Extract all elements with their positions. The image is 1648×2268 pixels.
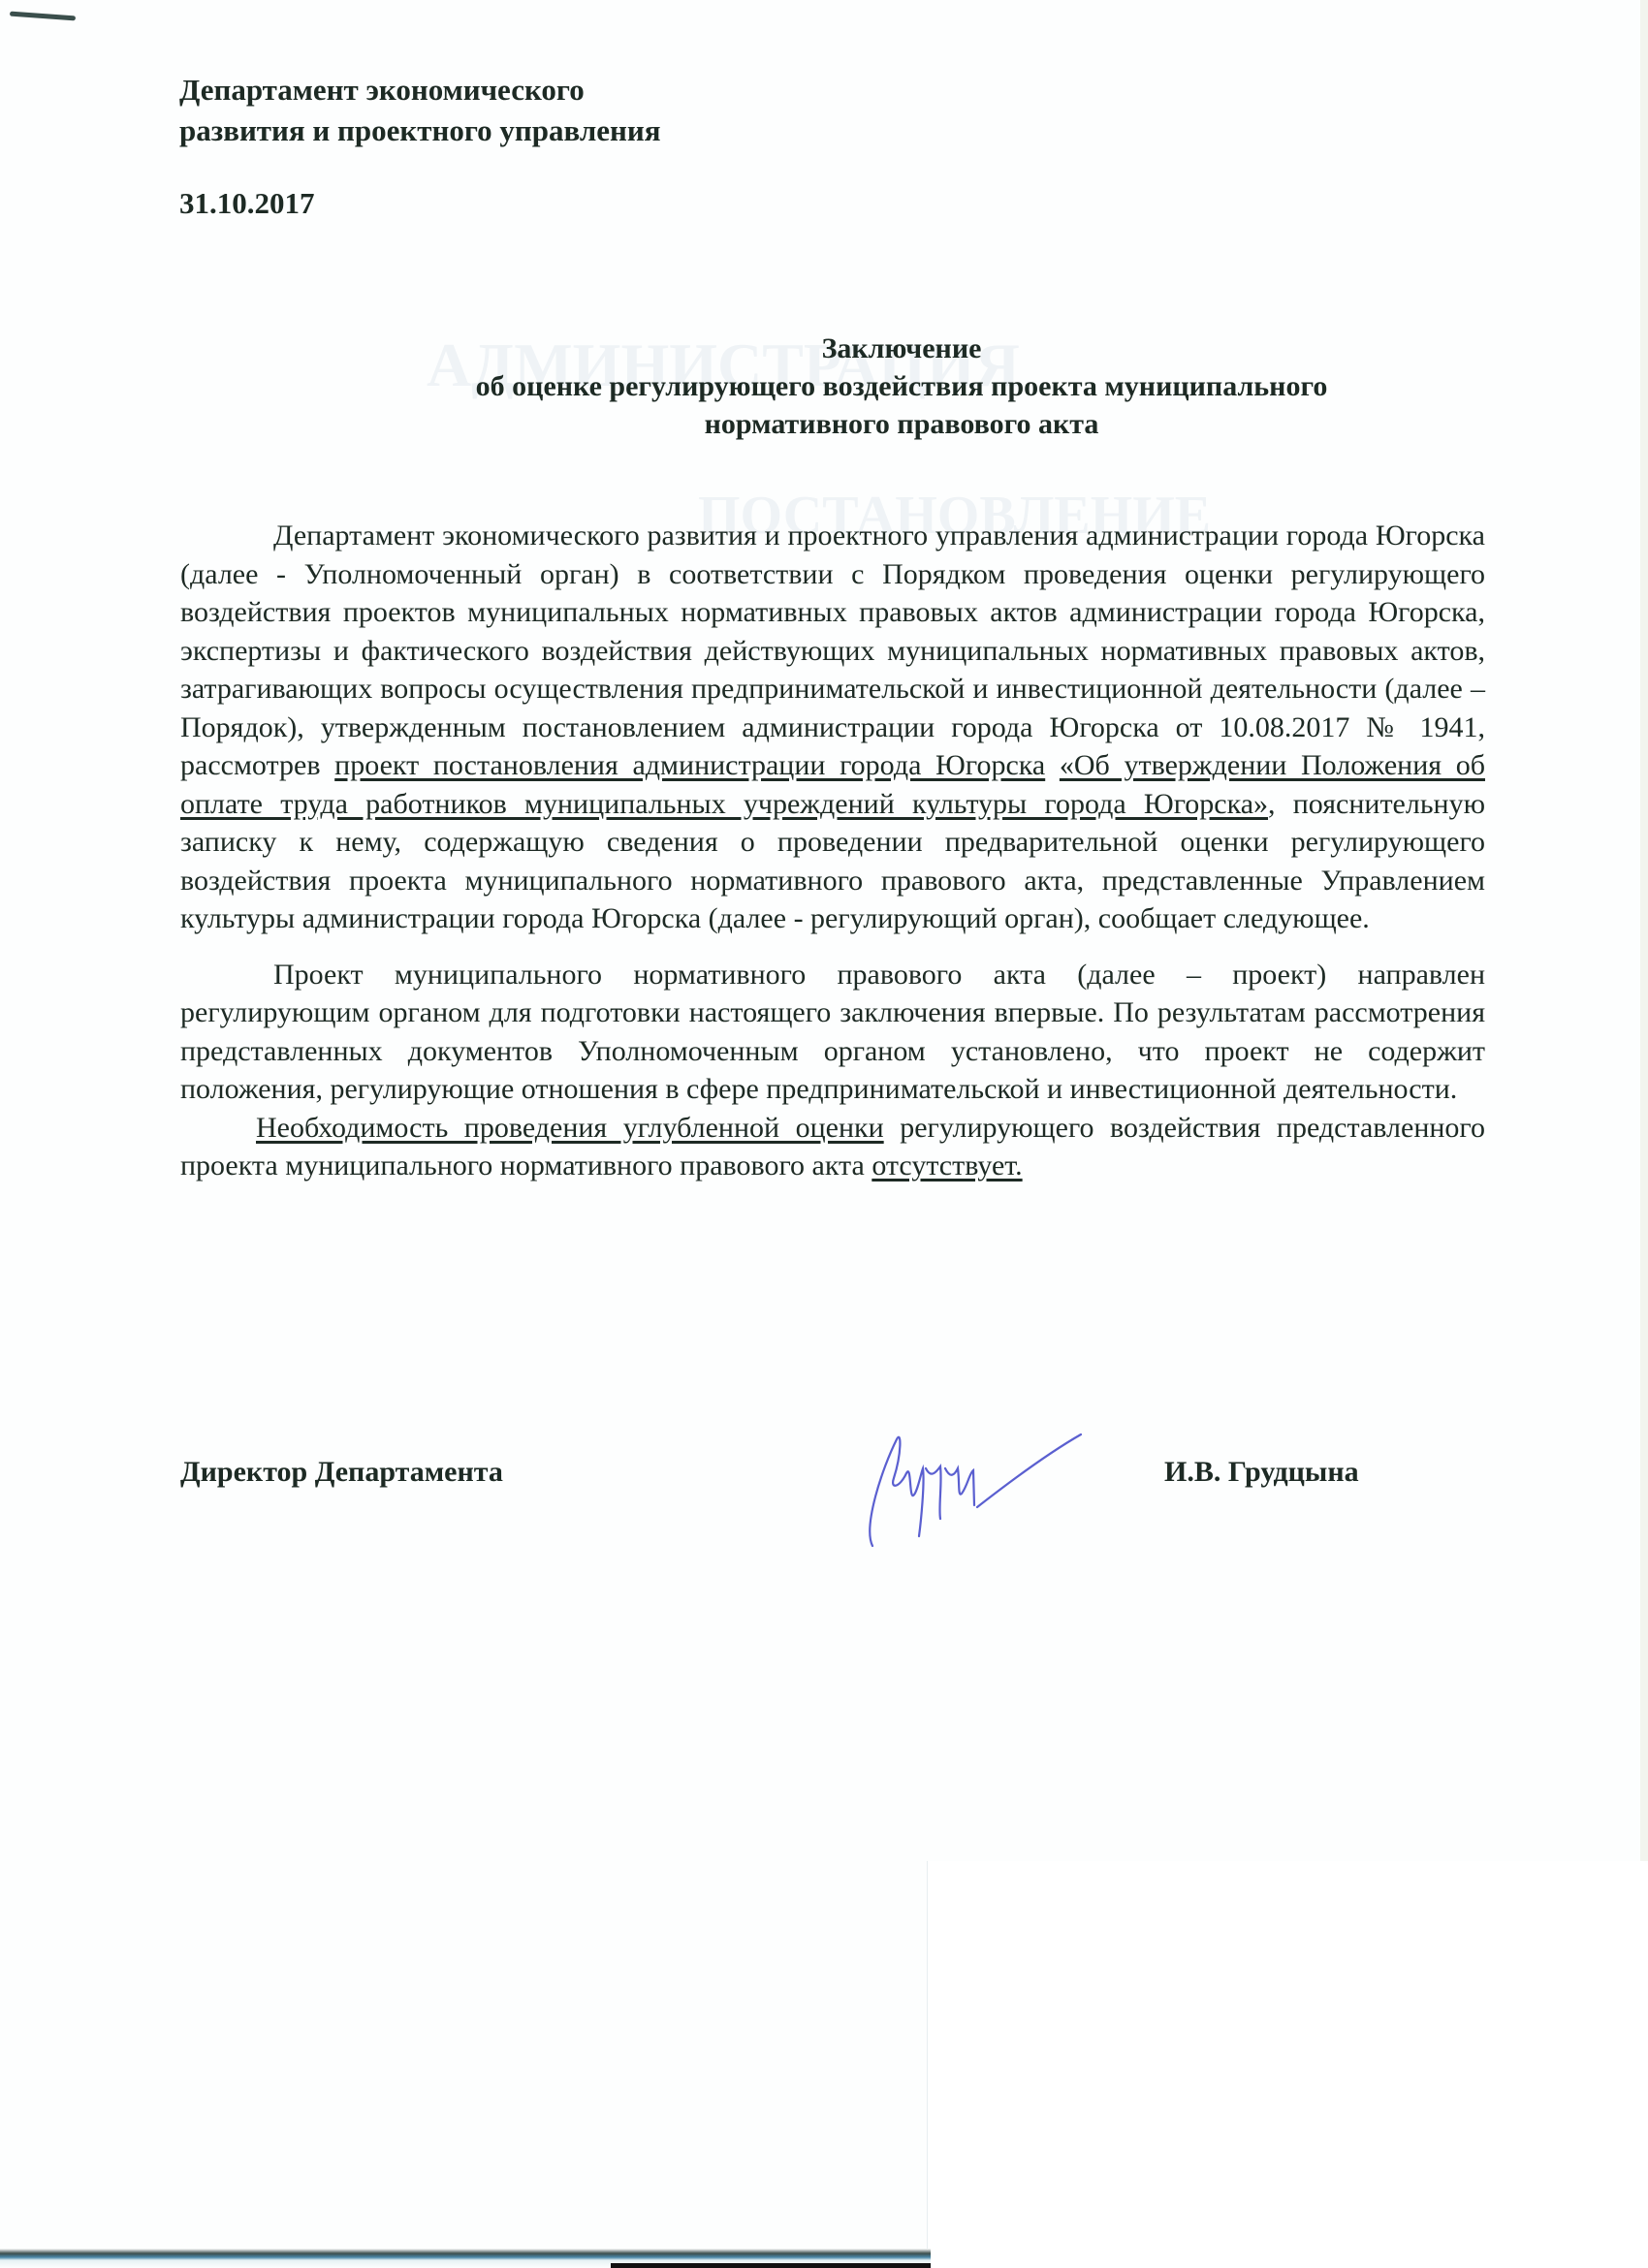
conclusion-underlined: Необходимость проведения углубленной оце… — [256, 1112, 884, 1144]
sender-line-1: Департамент экономического — [179, 70, 660, 110]
sender-line-2: развития и проектного управления — [179, 110, 660, 151]
paragraph-3: Необходимость проведения углубленной оце… — [180, 1109, 1485, 1185]
sender-department: Департамент экономического развития и пр… — [179, 70, 660, 151]
title-line-1: Заключение — [368, 330, 1435, 367]
scan-right-edge — [1640, 0, 1648, 1861]
paragraph-1: Департамент экономического развития и пр… — [180, 517, 1485, 938]
document-date: 31.10.2017 — [179, 186, 315, 221]
scan-bottom-shadow — [611, 2263, 931, 2268]
paragraph-2: Проект муниципального нормативного право… — [180, 956, 1485, 1109]
signer-role: Директор Департамента — [180, 1456, 503, 1489]
document-body: Департамент экономического развития и пр… — [180, 517, 1485, 1185]
project-reference: проект постановления администрации город… — [334, 749, 1045, 781]
title-line-3: нормативного правового акта — [368, 405, 1435, 443]
spacer — [1045, 749, 1060, 781]
handwritten-signature-icon — [853, 1430, 1086, 1556]
document-title: Заключение об оценке регулирующего возде… — [368, 330, 1435, 443]
signer-name: И.В. Грудцына — [1164, 1456, 1359, 1489]
title-line-2: об оценке регулирующего воздействия прое… — [368, 367, 1435, 405]
conclusion-result: отсутствует. — [872, 1150, 1022, 1181]
scan-artifact-mark — [10, 12, 76, 21]
overlapping-paper-sheet — [927, 1861, 1648, 2268]
paragraph-1-text: Департамент экономического развития и пр… — [180, 520, 1485, 781]
